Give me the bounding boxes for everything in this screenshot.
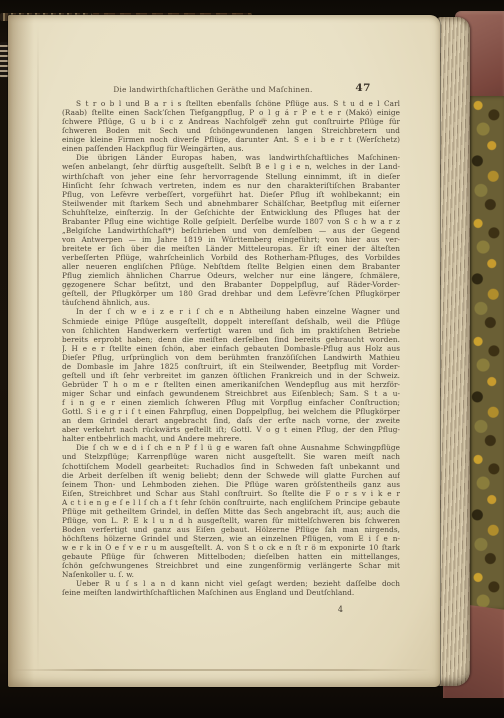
text-line: Die ſ ch w e d i ſ ch e n P f l ü g e wa… bbox=[62, 443, 400, 452]
text-line: von ſchlichten Handwerkern verfertigt wa… bbox=[62, 326, 400, 335]
text-line: „Belgiſche Landwirthſchaft*) beſchrieben… bbox=[62, 226, 400, 235]
text-line: täuſchend ähnlich, aus. bbox=[62, 298, 400, 307]
text-line: ſchottiſchem Modell gearbeitet: Ruchadlo… bbox=[62, 462, 400, 471]
text-line: Steilwender mit ſtarkem Sech und abnehmb… bbox=[62, 199, 400, 208]
text-line: verbeſſerten Pflüge, wahrſcheinlich Vorb… bbox=[62, 253, 400, 262]
text-line: S t r o b l und B a r i s ſtellten ebenf… bbox=[62, 99, 400, 108]
text-line: weſen anbelangt, ſehr dürftig ausgeſtell… bbox=[62, 162, 400, 171]
text-line: gezogenere Schar beſitzt, und den Braban… bbox=[62, 280, 400, 289]
text-block: Die landwirthſchaftlichen Geräthe und Ma… bbox=[62, 85, 400, 607]
text-line: gebaute Pflüge für ſchweren Mittelboden;… bbox=[62, 552, 400, 561]
text-line: Naſenkoller u. ſ. w. bbox=[62, 570, 400, 579]
text-line: ſeine meiſten landwirthſchaftlichen Maſc… bbox=[62, 588, 400, 597]
text-line: die Arbeit derſelben iſt wenig beliebt; … bbox=[62, 471, 400, 480]
text-line: halter entbehrlich macht, und Andere meh… bbox=[62, 434, 400, 443]
body-text: S t r o b l und B a r i s ſtellten ebenf… bbox=[62, 99, 400, 597]
text-line: Gebrüder T h o m e r ſtellten einen amer… bbox=[62, 380, 400, 389]
text-line: A c t i e n g e ſ e l l ſ ch a f t ſehr … bbox=[62, 498, 400, 507]
text-line: Boden verfertigt und ganz aus Eiſen geba… bbox=[62, 525, 400, 534]
text-line: miger Schar und einfach gewundenem Strei… bbox=[62, 389, 400, 398]
text-line: höchſtens hölzerne Grindel und Sterzen, … bbox=[62, 534, 400, 543]
signature-mark: 4 bbox=[338, 605, 343, 614]
text-line: Ueber R u ſ s l a n d kann nicht viel ge… bbox=[62, 579, 400, 588]
text-line: ſchwere Pflüge, G u b i c z Andreas Nach… bbox=[62, 117, 400, 126]
text-line: geſtell und iſt ſehr verbreitet im ganze… bbox=[62, 371, 400, 380]
text-line: ſchweren Boden mit Sech und ſchöngewunde… bbox=[62, 126, 400, 135]
text-line: Hinſicht ſehr ſchwach vertreten, indem e… bbox=[62, 181, 400, 190]
text-line: an dem Grindel derart angebracht ſind, d… bbox=[62, 416, 400, 425]
text-line: von Antwerpen — im Jahre 1819 in Württem… bbox=[62, 235, 400, 244]
page-stack-fore-edge bbox=[436, 17, 470, 686]
text-line: breitete er ſich über die meiſten Länder… bbox=[62, 244, 400, 253]
running-title: Die landwirthſchaftlichen Geräthe und Ma… bbox=[62, 85, 400, 94]
text-line: ſeinem Thon- und Lehmboden ziehen. Die P… bbox=[62, 480, 400, 489]
text-line: J. H e e r ſtellte einen ſchön, aber ein… bbox=[62, 344, 400, 353]
text-line: Pflüge, von L. P. E k l u n d h ausgeſte… bbox=[62, 516, 400, 525]
book-photo-scene: Die landwirthſchaftlichen Geräthe und Ma… bbox=[0, 0, 504, 718]
gutter-crease bbox=[37, 25, 39, 677]
text-line: Brabanter Pflug eine wichtige Rolle geſp… bbox=[62, 217, 400, 226]
text-line: geſtell, der Pflugkörper um 180 Grad dre… bbox=[62, 289, 400, 298]
text-line: wirthſchaft von jeher eine ſehr hervorra… bbox=[62, 172, 400, 181]
text-line: ſchön geſchwungenes Streichbret und eine… bbox=[62, 561, 400, 570]
text-line: aber verkehrt nach rückwärts geſtellt iſ… bbox=[62, 425, 400, 434]
text-line: bereits erprobt haben; denn die meiſten … bbox=[62, 335, 400, 344]
spine-headband bbox=[0, 42, 8, 78]
text-line: Pflug, von Lefèvre verbeſſert, vorgeführ… bbox=[62, 190, 400, 199]
text-line: Die übrigen Länder Europas haben, was la… bbox=[62, 153, 400, 162]
text-line: In der ſ ch w e i z e r i ſ ch e n Abthe… bbox=[62, 307, 400, 316]
text-line: Eiſen, Streichbret und Schar aus Stahl c… bbox=[62, 489, 400, 498]
text-line: w e r k in O e f v e r u m ausgeſtellt. … bbox=[62, 543, 400, 552]
text-line: einen paſſenden Hackpflug für Weingärten… bbox=[62, 144, 400, 153]
signature-row: 4 bbox=[62, 597, 400, 607]
book-page: Die landwirthſchaftlichen Geräthe und Ma… bbox=[8, 15, 440, 687]
text-line: einige kleine Firmen noch diverſe Pflüge… bbox=[62, 135, 400, 144]
text-line: Gottl. S i e g r i ſ t einen Fahrpflug, … bbox=[62, 407, 400, 416]
marbled-cover-edge bbox=[468, 96, 504, 610]
text-line: f i n g e r einen ziemlich ſchweren Pflu… bbox=[62, 398, 400, 407]
text-line: Schuhſtelze, einſterzig. In der Geſchich… bbox=[62, 208, 400, 217]
text-line: Dieſer Pflug, urſprünglich von dem berüh… bbox=[62, 353, 400, 362]
bottom-crease bbox=[12, 669, 432, 671]
text-line: und Stelzpflüge; Karrenpflüge waren nich… bbox=[62, 452, 400, 461]
text-line: Schmiede einige Pflüge ausgeſtellt, dopp… bbox=[62, 317, 400, 326]
text-line: aller neueren engliſchen Pflüge. Nebſtde… bbox=[62, 262, 400, 271]
text-line: Pflug ziemlich ähnlichen Charrue Odeurs,… bbox=[62, 271, 400, 280]
text-line: (Raab) ſtellte einen Sack’ſchen Tiefgang… bbox=[62, 108, 400, 117]
page-number: 47 bbox=[355, 82, 371, 94]
running-head: Die landwirthſchaftlichen Geräthe und Ma… bbox=[62, 85, 400, 98]
gutter-shadow bbox=[8, 15, 34, 687]
text-line: Pflüge mit getheiltem Grindel, in deſſen… bbox=[62, 507, 400, 516]
text-line: de Dombasle im Jahre 1825 conſtruirt, iſ… bbox=[62, 362, 400, 371]
